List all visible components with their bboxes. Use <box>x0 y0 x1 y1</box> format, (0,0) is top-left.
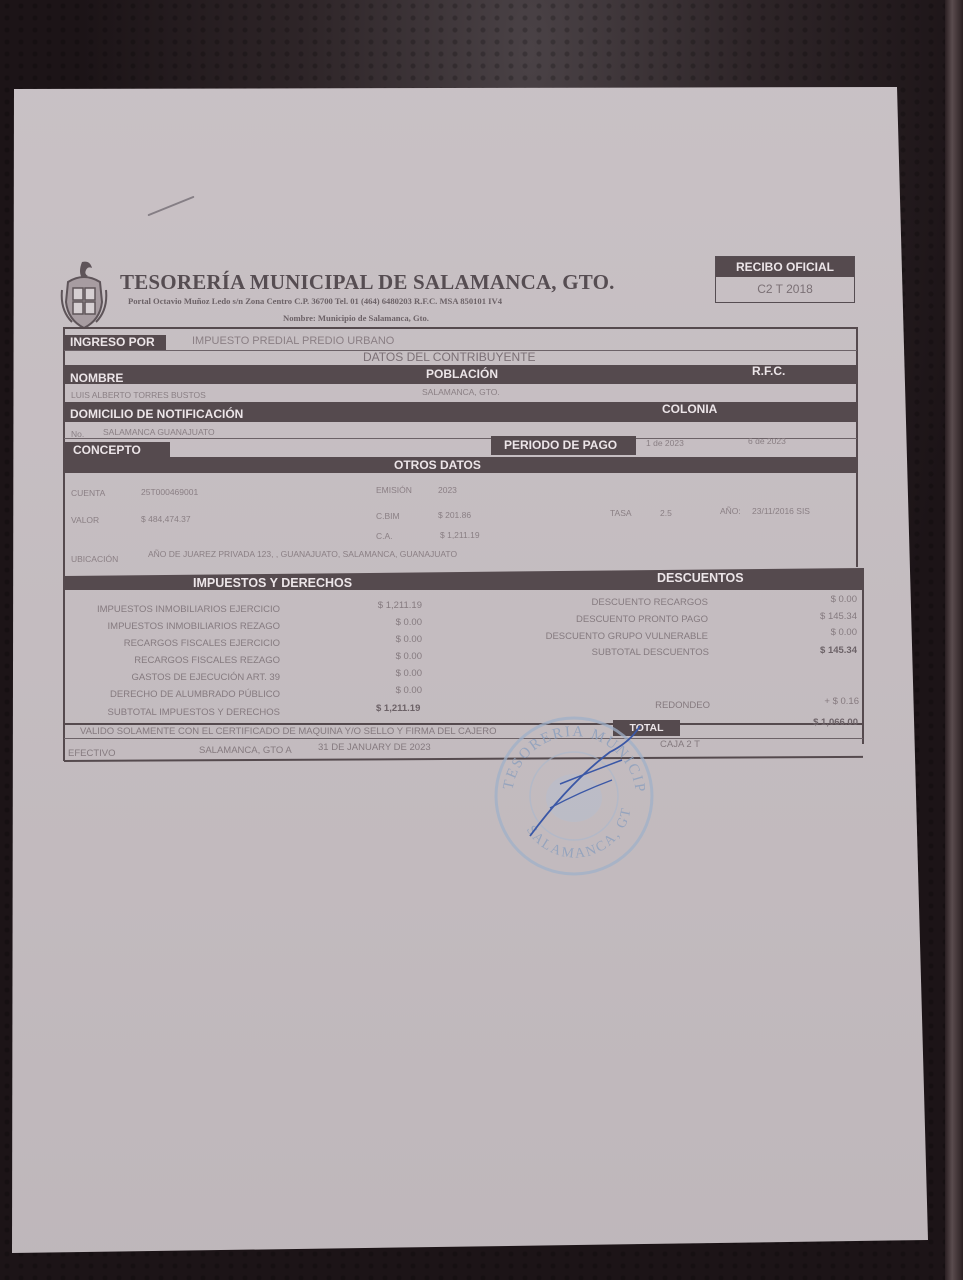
table-bottom-border <box>64 756 863 762</box>
table-top-border <box>63 327 857 329</box>
impuestos-title: IMPUESTOS Y DERECHOS <box>193 576 352 590</box>
emision-value: 2023 <box>438 485 457 495</box>
ca-value: $ 1,211.19 <box>440 530 480 540</box>
descuentos-subtotal-value: $ 145.34 <box>820 645 857 656</box>
anio-value: 23/11/2016 SIS <box>752 506 810 516</box>
colonia-label: COLONIA <box>662 402 717 416</box>
table-right-border-lower <box>862 568 864 744</box>
impuesto-row-label: RECARGOS FISCALES EJERCICIO <box>124 638 280 649</box>
poblacion-value: SALAMANCA, GTO. <box>422 387 500 397</box>
periodo-hasta: 6 de 2023 <box>748 436 786 446</box>
descuentos-subtotal-label: SUBTOTAL DESCUENTOS <box>592 647 709 658</box>
total-value: $ 1,066.00 <box>813 717 858 728</box>
domicilio-value: SALAMANCA GUANAJUATO <box>103 427 215 437</box>
rfc-label: R.F.C. <box>752 364 785 378</box>
descuento-row-label: DESCUENTO PRONTO PAGO <box>576 614 708 625</box>
impuesto-row-value: $ 0.00 <box>396 634 422 645</box>
row-divider <box>64 738 863 739</box>
receipt-number-box: RECIBO OFICIAL C2 T 2018 <box>715 256 855 303</box>
validez-note: VALIDO SOLAMENTE CON EL CERTIFICADO DE M… <box>80 726 497 737</box>
forma-pago: EFECTIVO <box>68 748 116 759</box>
row-divider <box>64 723 863 725</box>
impuestos-subtotal-label: SUBTOTAL IMPUESTOS Y DERECHOS <box>108 707 280 718</box>
fecha-expedicion: 31 DE JANUARY DE 2023 <box>318 742 431 753</box>
ubicacion-value: AÑO DE JUAREZ PRIVADA 123, , GUANAJUATO,… <box>148 549 457 559</box>
descuento-row-value: $ 145.34 <box>820 611 857 622</box>
impuestos-descuentos-header-bar: IMPUESTOS Y DERECHOS DESCUENTOS <box>64 568 863 590</box>
municipal-crest-icon <box>60 260 108 332</box>
cbim-value: $ 201.86 <box>438 510 471 520</box>
contribuyente-title: DATOS DEL CONTRIBUYENTE <box>363 350 535 364</box>
caja: CAJA 2 T <box>660 739 700 750</box>
impuesto-row-value: $ 0.00 <box>396 685 422 696</box>
anio-label: AÑO: <box>720 506 741 516</box>
impuesto-row-value: $ 0.00 <box>396 617 422 628</box>
impuesto-row-label: DERECHO DE ALUMBRADO PÚBLICO <box>110 689 280 700</box>
periodo-desde: 1 de 2023 <box>646 438 684 448</box>
descuentos-title: DESCUENTOS <box>657 571 744 585</box>
descuento-row-value: $ 0.00 <box>831 594 857 605</box>
official-seal-stamp-icon: TESORERIA MUNICIPAL SALAMANCA, GTO. <box>490 712 658 877</box>
redondeo-value: + $ 0.16 <box>824 696 859 707</box>
impuesto-row-label: IMPUESTOS INMOBILIARIOS REZAGO <box>108 621 280 632</box>
cbim-label: C.BIM <box>376 511 400 521</box>
issuer-name-line: Nombre: Municipio de Salamanca, Gto. <box>283 313 429 323</box>
valor-value: $ 484,474.37 <box>141 514 191 524</box>
impuesto-row-value: $ 1,211.19 <box>378 600 422 611</box>
impuestos-subtotal-value: $ 1,211.19 <box>376 703 420 714</box>
valor-label: VALOR <box>71 515 99 525</box>
descuento-row-label: DESCUENTO RECARGOS <box>592 597 708 608</box>
nombre-label: NOMBRE <box>70 371 123 385</box>
ubicacion-label: UBICACIÓN <box>71 554 118 564</box>
tasa-label: TASA <box>610 508 632 518</box>
ingreso-label: INGRESO POR <box>64 335 166 350</box>
descuento-row-value: $ 0.00 <box>831 627 857 638</box>
impuesto-row-label: GASTOS DE EJECUCIÓN ART. 39 <box>131 672 280 683</box>
poblacion-label: POBLACIÓN <box>426 367 498 381</box>
emision-label: EMISIÓN <box>376 485 412 495</box>
receipt-label: RECIBO OFICIAL <box>716 257 854 277</box>
receipt-number: C2 T 2018 <box>716 277 854 301</box>
table-right-border <box>856 327 858 567</box>
periodo-label: PERIODO DE PAGO <box>491 436 636 455</box>
table-left-border <box>63 327 65 761</box>
ingreso-value: IMPUESTO PREDIAL PREDIO URBANO <box>192 335 394 347</box>
domicilio-label: DOMICILIO DE NOTIFICACIÓN <box>70 407 243 421</box>
row-divider <box>64 438 857 439</box>
domicilio-header-bar: DOMICILIO DE NOTIFICACIÓN COLONIA <box>64 402 857 422</box>
issuer-address: Portal Octavio Muñoz Ledo s/n Zona Centr… <box>128 296 502 306</box>
lugar-expedicion: SALAMANCA, GTO A <box>199 745 292 756</box>
otros-datos-header-bar: OTROS DATOS <box>64 457 857 473</box>
ca-label: C.A. <box>376 531 393 541</box>
impuesto-row-label: IMPUESTOS INMOBILIARIOS EJERCICIO <box>97 604 280 615</box>
issuer-title: TESORERÍA MUNICIPAL DE SALAMANCA, GTO. <box>120 270 615 295</box>
nombre-value: LUIS ALBERTO TORRES BUSTOS <box>71 390 206 400</box>
contribuyente-header-bar: NOMBRE POBLACIÓN R.F.C. <box>64 365 857 384</box>
impuesto-row-label: RECARGOS FISCALES REZAGO <box>134 655 280 666</box>
impuesto-row-value: $ 0.00 <box>396 668 422 679</box>
impuesto-row-value: $ 0.00 <box>396 651 422 662</box>
cuenta-label: CUENTA <box>71 488 105 498</box>
descuento-row-label: DESCUENTO GRUPO VULNERABLE <box>546 631 708 642</box>
tasa-value: 2.5 <box>660 508 672 518</box>
otros-datos-title: OTROS DATOS <box>394 458 481 472</box>
receipt-document: TESORERÍA MUNICIPAL DE SALAMANCA, GTO. P… <box>0 0 963 1280</box>
cuenta-value: 25T000469001 <box>141 487 198 497</box>
redondeo-label: REDONDEO <box>655 700 710 711</box>
